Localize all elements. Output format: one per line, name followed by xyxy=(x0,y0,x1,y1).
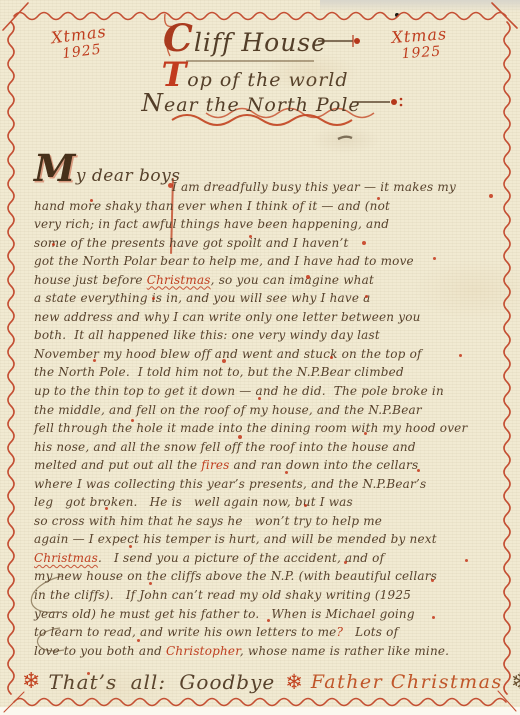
red-ink-dot xyxy=(344,561,347,564)
red-ink-dot xyxy=(258,397,261,400)
letter-body: My dear boys I am dreadfully busy this y… xyxy=(34,146,500,660)
letterhead-house: Cliff House xyxy=(110,16,380,60)
red-ink-dot xyxy=(87,672,90,675)
goodbye-text: Goodbye xyxy=(179,670,275,694)
letter-line: fell through the hole it made into the d… xyxy=(34,419,500,438)
thats-all-label: That’s all: Goodbye xyxy=(48,670,275,694)
ink-text: my new house on the cliffs above the N.P… xyxy=(34,569,437,583)
letter-line: love to you both and Christopher, whose … xyxy=(34,642,500,661)
letter-line: new address and why I can write only one… xyxy=(34,308,500,327)
red-ink-word: Christmas xyxy=(147,273,211,287)
letter-line: the middle, and fell on the roof of my h… xyxy=(34,401,500,420)
letter-line: leg got broken. He is well again now, bu… xyxy=(34,493,500,512)
red-ink-dot xyxy=(90,199,93,202)
letter-line: house just before Christmas, so you can … xyxy=(34,271,500,290)
letter-line: got the North Polar bear to help me, and… xyxy=(34,252,500,271)
ink-text: . I send you a picture of the accident, … xyxy=(98,551,384,565)
corner-tick-tl xyxy=(3,3,28,30)
ink-text: up to the thin top to get it down — and … xyxy=(34,384,444,398)
ink-text: love to you both and xyxy=(34,644,166,658)
signoff-row: ❄ That’s all: Goodbye ❄ Father Christmas… xyxy=(22,664,502,700)
scan-edge-bottom xyxy=(0,707,520,715)
letter-line: Christmas. I send you a picture of the a… xyxy=(34,549,500,568)
letter-line: in the cliffs). If John can’t read my ol… xyxy=(34,586,500,605)
red-ink-dot xyxy=(377,197,380,200)
ink-speck xyxy=(395,13,399,17)
letter-body-lines: I am dreadfully busy this year — it make… xyxy=(34,178,500,660)
letter-line: both. It all happened like this: one ver… xyxy=(34,326,500,345)
letter-line: my new house on the cliffs above the N.P… xyxy=(34,567,500,586)
corner-date-right: Xtmas 1925 xyxy=(391,25,449,63)
red-ink-dot xyxy=(52,243,55,246)
red-ink-word: fires xyxy=(201,458,229,472)
letter-line: his nose, and all the snow fell off the … xyxy=(34,438,500,457)
ink-text: in the cliffs). If John can’t read my ol… xyxy=(34,588,411,602)
snowflake-icon: ❄ xyxy=(22,671,40,693)
letter-line: again — I expect his temper is hurt, and… xyxy=(34,530,500,549)
red-ink-dot xyxy=(364,432,367,435)
red-ink-dot xyxy=(137,639,140,642)
salutation: My dear boys xyxy=(34,146,500,178)
red-ink-dot xyxy=(149,582,152,585)
red-ink-dot xyxy=(168,183,173,188)
red-ink-dot xyxy=(249,235,252,238)
ink-text: years old) he must get his father to. Wh… xyxy=(34,607,415,621)
ink-text: hand more shaky than ever when I think o… xyxy=(34,199,390,213)
title-tail-2-colon-b xyxy=(400,104,403,107)
snowflake-icon: ❄ xyxy=(511,671,520,694)
letter-line: melted and put out all the fires and ran… xyxy=(34,456,500,475)
ink-text: got the North Polar bear to help me, and… xyxy=(34,254,414,268)
letter-line: to learn to read, and write his own lett… xyxy=(34,623,500,642)
letter-line: a state everything is in, and you will s… xyxy=(34,289,500,308)
red-ink-dot xyxy=(433,257,436,260)
thats-all-text: That’s all: xyxy=(48,670,166,694)
ink-text: I am dreadfully busy this year — it make… xyxy=(172,180,456,194)
ink-text: both. It all happened like this: one ver… xyxy=(34,328,380,342)
letter-line: where I was collecting this year’s prese… xyxy=(34,475,500,494)
ink-text: a state everything is in, and you will s… xyxy=(34,291,371,305)
red-ink-dot xyxy=(465,559,468,562)
red-ink-dot xyxy=(222,359,226,363)
letter-line: so cross with him that he says he won’t … xyxy=(34,512,500,531)
red-ink-dot xyxy=(365,295,368,298)
ink-text: house just before xyxy=(34,273,147,287)
letter-line: very rich; in fact awful things have bee… xyxy=(34,215,500,234)
letterhead-line3: Near the North Pole xyxy=(116,88,386,117)
corner-date-right-year: 1925 xyxy=(401,43,449,62)
title-tail-2-dot xyxy=(391,99,397,105)
red-ink-dot xyxy=(330,356,333,359)
red-ink-dot xyxy=(459,354,462,357)
letter-line: up to the thin top to get it down — and … xyxy=(34,382,500,401)
ink-text: melted and put out all the xyxy=(34,458,201,472)
ink-text: very rich; in fact awful things have bee… xyxy=(34,217,389,231)
ink-text: where I was collecting this year’s prese… xyxy=(34,477,426,491)
red-ink-dot xyxy=(131,419,134,422)
ink-text: the middle, and fell on the roof of my h… xyxy=(34,403,422,417)
letter-line: hand more shaky than ever when I think o… xyxy=(34,197,500,216)
red-ink-dot xyxy=(431,579,434,582)
snowflake-icon: ❄ xyxy=(285,672,303,693)
ink-text: fell through the hole it made into the d… xyxy=(34,421,467,435)
ink-text: Lots of xyxy=(343,625,398,639)
ink-text: again — I expect his temper is hurt, and… xyxy=(34,532,437,546)
ink-text: some of the presents have got spoilt and… xyxy=(34,236,349,250)
red-ink-dot xyxy=(489,194,493,198)
red-ink-word: Christopher xyxy=(166,644,240,658)
ink-text: the North Pole. I told him not to, but t… xyxy=(34,365,404,379)
letter-line: I am dreadfully busy this year — it make… xyxy=(172,178,500,197)
border-left xyxy=(8,22,14,694)
letter-line: November my hood blew off and went and s… xyxy=(34,345,500,364)
ink-text: so cross with him that he says he won’t … xyxy=(34,514,382,528)
ink-text: November my hood blew off and went and s… xyxy=(34,347,422,361)
ink-text: , so you can imagine what xyxy=(211,273,374,287)
ink-text: his nose, and all the snow fell off the … xyxy=(34,440,416,454)
red-ink-dot xyxy=(285,471,288,474)
red-ink-dot xyxy=(417,469,420,472)
red-ink-dot xyxy=(306,275,310,279)
red-ink-dot xyxy=(304,504,307,507)
signature-father-christmas: Father Christmas xyxy=(311,671,503,693)
red-ink-dot xyxy=(105,507,108,510)
red-ink-dot xyxy=(129,545,132,548)
ink-text: new address and why I can write only one… xyxy=(34,310,421,324)
letter-line: the North Pole. I told him not to, but t… xyxy=(34,363,500,382)
ink-text: , whose name is rather like mine. xyxy=(240,644,449,658)
corner-date-left: Xtmas 1925 xyxy=(50,23,110,64)
red-ink-dot xyxy=(362,241,366,245)
red-ink-dot xyxy=(93,359,96,362)
scan-edge-top xyxy=(320,0,520,12)
red-ink-dot xyxy=(267,619,270,622)
letter-line: some of the presents have got spoilt and… xyxy=(34,234,500,253)
ink-text: and ran down into the cellars xyxy=(230,458,419,472)
red-ink-dot xyxy=(152,297,155,300)
ink-text: leg got broken. He is well again now, bu… xyxy=(34,495,353,509)
red-ink-word: Christmas xyxy=(34,551,98,565)
title-tail-2-colon-a xyxy=(400,98,403,101)
border-right xyxy=(504,22,510,694)
red-ink-dot xyxy=(432,616,435,619)
ink-smudge xyxy=(338,137,352,139)
ink-text: to learn to read, and write his own lett… xyxy=(34,625,336,639)
letter-page: Xtmas 1925 Xtmas 1925 Cliff House Top of… xyxy=(0,0,520,715)
red-ink-dot xyxy=(238,435,242,439)
